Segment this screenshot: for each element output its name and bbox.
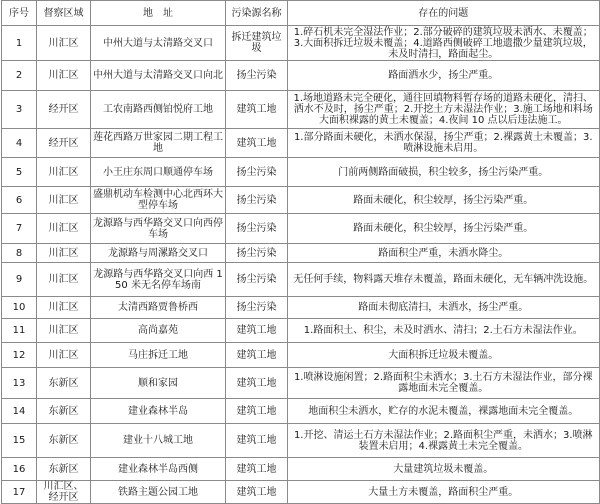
- cell-issue: 路面未硬化，积尘较厚，扬尘污染严重。: [288, 214, 600, 244]
- table-row: 9川汇区龙源路与西华路交叉口向西 150 米无名停车场南扬尘污染无任何手续，物料…: [2, 263, 600, 297]
- cell-source: 扬尘污染: [226, 214, 288, 244]
- cell-address: 马庄拆迁工地: [91, 343, 226, 368]
- cell-source: 建筑工地: [226, 91, 288, 129]
- cell-issue: 地面积尘未洒水，贮存的水泥未覆盖，裸露地面未完全覆盖。: [288, 399, 600, 424]
- cell-area: 川汇区: [37, 297, 91, 319]
- cell-no: 4: [2, 129, 37, 158]
- table-row: 2川汇区中州大道与太清路交叉口向北扬尘污染路面洒水少，扬尘严重。: [2, 61, 600, 91]
- cell-no: 14: [2, 399, 37, 424]
- cell-source: 拆迁建筑垃圾: [226, 26, 288, 61]
- cell-address: 小王庄东周口顺通停车场: [91, 158, 226, 187]
- cell-address: 龙源路与西华路交叉口向西停车场: [91, 214, 226, 244]
- cell-address: 莲花西路万世家园二期工程工地: [91, 129, 226, 158]
- cell-source: 建筑工地: [226, 458, 288, 481]
- cell-no: 13: [2, 368, 37, 399]
- cell-address: 建业十八城工地: [91, 424, 226, 458]
- cell-area: 川汇区: [37, 26, 91, 61]
- table-row: 8川汇区龙源路与周漯路交叉口扬尘污染路面积尘严重，未洒水降尘。: [2, 244, 600, 263]
- cell-no: 11: [2, 319, 37, 343]
- cell-area: 东新区: [37, 458, 91, 481]
- cell-address: 中州大道与太清路交叉口: [91, 26, 226, 61]
- cell-address: 太清西路贾鲁桥西: [91, 297, 226, 319]
- cell-source: 建筑工地: [226, 319, 288, 343]
- cell-source: 建筑工地: [226, 399, 288, 424]
- cell-no: 1: [2, 26, 37, 61]
- table-row: 12川汇区马庄拆迁工地建筑工地大面积拆迁垃圾未覆盖。: [2, 343, 600, 368]
- table-row: 13东新区顺和家园建筑工地1.喷淋设施闲置；2.路面积尘未洒水；3.土石方未湿法…: [2, 368, 600, 399]
- cell-address: 建业森林半岛西侧: [91, 458, 226, 481]
- cell-area: 川汇区: [37, 244, 91, 263]
- cell-area: 川汇区: [37, 319, 91, 343]
- header-address: 地 址: [91, 1, 226, 26]
- cell-issue: 大量土方未覆盖，路面积尘严重。: [288, 481, 600, 504]
- table-row: 11川汇区高尚嘉苑建筑工地1.路面积土、积尘，未及时洒水、清扫；2.土石方未湿法…: [2, 319, 600, 343]
- cell-address: 中州大道与太清路交叉口向北: [91, 61, 226, 91]
- cell-source: 建筑工地: [226, 424, 288, 458]
- cell-no: 8: [2, 244, 37, 263]
- cell-no: 7: [2, 214, 37, 244]
- cell-no: 3: [2, 91, 37, 129]
- cell-issue: 1.场地道路未完全硬化，通往回填物料暂存场的道路未硬化，清扫、洒水不及时，扬尘严…: [288, 91, 600, 129]
- cell-no: 16: [2, 458, 37, 481]
- cell-no: 9: [2, 263, 37, 297]
- cell-area: 川汇区: [37, 187, 91, 214]
- cell-no: 17: [2, 481, 37, 504]
- cell-issue: 无任何手续，物料露天堆存未覆盖，路面未硬化，无车辆冲洗设施。: [288, 263, 600, 297]
- cell-area: 东新区: [37, 368, 91, 399]
- cell-issue: 大面积拆迁垃圾未覆盖。: [288, 343, 600, 368]
- cell-address: 高尚嘉苑: [91, 319, 226, 343]
- cell-no: 12: [2, 343, 37, 368]
- table-row: 15东新区建业十八城工地建筑工地1.开挖、清运土石方未湿法作业；2.路面积尘严重…: [2, 424, 600, 458]
- inspection-table: 序号 督察区域 地 址 污染源名称 存在的问题 1川汇区中州大道与太清路交叉口拆…: [1, 0, 600, 504]
- table-header-row: 序号 督察区域 地 址 污染源名称 存在的问题: [2, 1, 600, 26]
- table-row: 3经开区工农南路西侧铂悦府工地建筑工地1.场地道路未完全硬化，通往回填物料暂存场…: [2, 91, 600, 129]
- cell-issue: 大量建筑垃圾未覆盖。: [288, 458, 600, 481]
- cell-area: 东新区: [37, 399, 91, 424]
- table-row: 14东新区建业森林半岛建筑工地地面积尘未洒水，贮存的水泥未覆盖，裸露地面未完全覆…: [2, 399, 600, 424]
- cell-address: 顺和家园: [91, 368, 226, 399]
- cell-issue: 1.喷淋设施闲置；2.路面积尘未洒水；3.土石方未湿法作业，部分裸露地面未完全覆…: [288, 368, 600, 399]
- table-row: 7川汇区龙源路与西华路交叉口向西停车场扬尘污染路面未硬化，积尘较厚，扬尘污染严重…: [2, 214, 600, 244]
- cell-issue: 路面洒水少，扬尘严重。: [288, 61, 600, 91]
- cell-source: 建筑工地: [226, 129, 288, 158]
- cell-area: 川汇区: [37, 343, 91, 368]
- cell-source: 扬尘污染: [226, 244, 288, 263]
- table-row: 5川汇区小王庄东周口顺通停车场扬尘污染门前两侧路面破损，积尘较多，扬尘污染严重。: [2, 158, 600, 187]
- cell-source: 扬尘污染: [226, 263, 288, 297]
- header-no: 序号: [2, 1, 37, 26]
- cell-area: 经开区: [37, 129, 91, 158]
- cell-issue: 门前两侧路面破损，积尘较多，扬尘污染严重。: [288, 158, 600, 187]
- cell-no: 6: [2, 187, 37, 214]
- header-issue: 存在的问题: [288, 1, 600, 26]
- cell-issue: 路面积尘严重，未洒水降尘。: [288, 244, 600, 263]
- cell-address: 工农南路西侧铂悦府工地: [91, 91, 226, 129]
- cell-issue: 1.碎石机未完全湿法作业；2.部分破碎的建筑垃圾未洒水、未覆盖；3.大面积拆迁垃…: [288, 26, 600, 61]
- cell-area: 经开区: [37, 91, 91, 129]
- cell-area: 川汇区: [37, 158, 91, 187]
- cell-no: 15: [2, 424, 37, 458]
- table-row: 1川汇区中州大道与太清路交叉口拆迁建筑垃圾1.碎石机未完全湿法作业；2.部分破碎…: [2, 26, 600, 61]
- cell-address: 盛鼎机动车检测中心北西环大型停车场: [91, 187, 226, 214]
- table-row: 6川汇区盛鼎机动车检测中心北西环大型停车场扬尘污染路面未硬化，积尘较厚，扬尘污染…: [2, 187, 600, 214]
- table-row: 10川汇区太清西路贾鲁桥西扬尘污染路面未彻底清扫，未洒水，扬尘严重。: [2, 297, 600, 319]
- cell-issue: 路面未彻底清扫，未洒水，扬尘严重。: [288, 297, 600, 319]
- cell-issue: 路面未硬化，积尘较厚，扬尘污染严重。: [288, 187, 600, 214]
- table-row: 17川汇区、经开区铁路主题公园工地建筑工地大量土方未覆盖，路面积尘严重。: [2, 481, 600, 504]
- cell-issue: 1.路面积土、积尘，未及时洒水、清扫；2.土石方未湿法作业。: [288, 319, 600, 343]
- cell-issue: 1.部分路面未硬化，未洒水保湿，扬尘严重；2.裸露黄土未覆盖；3.喷淋设施未启用…: [288, 129, 600, 158]
- cell-address: 龙源路与西华路交叉口向西 150 米无名停车场南: [91, 263, 226, 297]
- cell-no: 10: [2, 297, 37, 319]
- cell-no: 2: [2, 61, 37, 91]
- header-area: 督察区域: [37, 1, 91, 26]
- cell-address: 铁路主题公园工地: [91, 481, 226, 504]
- cell-source: 扬尘污染: [226, 187, 288, 214]
- cell-area: 川汇区: [37, 61, 91, 91]
- cell-no: 5: [2, 158, 37, 187]
- cell-source: 建筑工地: [226, 343, 288, 368]
- cell-area: 川汇区: [37, 214, 91, 244]
- cell-address: 龙源路与周漯路交叉口: [91, 244, 226, 263]
- cell-source: 扬尘污染: [226, 297, 288, 319]
- cell-area: 川汇区: [37, 263, 91, 297]
- cell-source: 建筑工地: [226, 481, 288, 504]
- table-row: 4经开区莲花西路万世家园二期工程工地建筑工地1.部分路面未硬化，未洒水保湿，扬尘…: [2, 129, 600, 158]
- cell-area: 东新区: [37, 424, 91, 458]
- cell-source: 扬尘污染: [226, 61, 288, 91]
- table-row: 16东新区建业森林半岛西侧建筑工地大量建筑垃圾未覆盖。: [2, 458, 600, 481]
- cell-address: 建业森林半岛: [91, 399, 226, 424]
- cell-issue: 1.开挖、清运土石方未湿法作业；2.路面积尘严重，未洒水；3.喷淋装置未启用；4…: [288, 424, 600, 458]
- header-source: 污染源名称: [226, 1, 288, 26]
- cell-source: 扬尘污染: [226, 158, 288, 187]
- cell-source: 建筑工地: [226, 368, 288, 399]
- cell-area: 川汇区、经开区: [37, 481, 91, 504]
